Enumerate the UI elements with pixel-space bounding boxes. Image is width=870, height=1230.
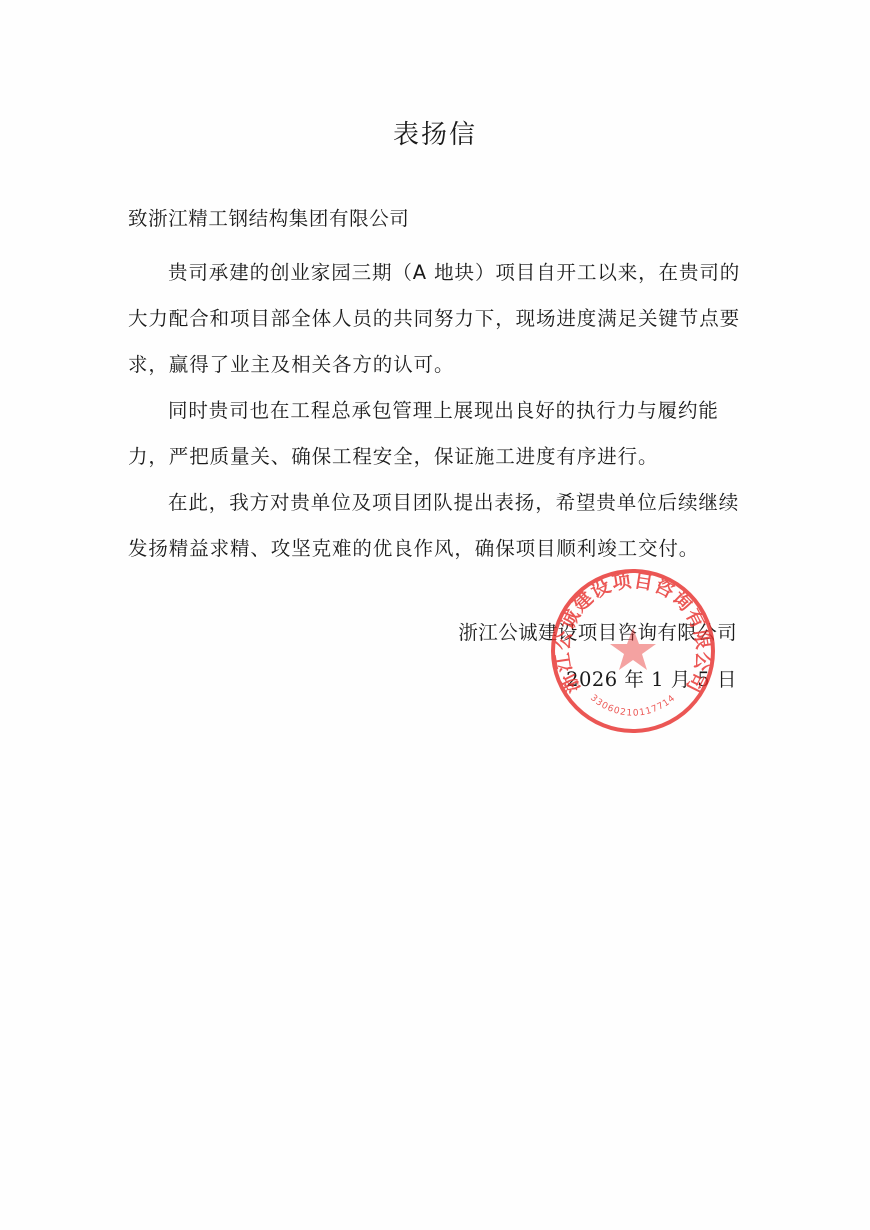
- paragraph-line: 发扬精益求精、攻坚克难的优良作风，确保项目顺利竣工交付。: [128, 526, 743, 572]
- company-seal-icon: 浙江公诚建设项目咨询有限公司 3306021011771​4: [548, 566, 718, 736]
- paragraph-line: 同时贵司也在工程总承包管理上展现出良好的执行力与履约能: [128, 388, 743, 434]
- paragraph-line: 求，赢得了业主及相关各方的认可。: [128, 342, 743, 388]
- paragraph-1: 贵司承建的创业家园三期（A 地块）项目自开工以来，在贵司的 大力配合和项目部全体…: [128, 250, 743, 388]
- sender-name: 浙江公诚建设项目咨询有限公司: [458, 617, 737, 645]
- paragraph-3: 在此，我方对贵单位及项目团队提出表扬，希望贵单位后续继续 发扬精益求精、攻坚克难…: [128, 480, 743, 572]
- paragraph-line: 大力配合和项目部全体人员的共同努力下，现场进度满足关键节点要: [128, 296, 743, 342]
- paragraph-line: 在此，我方对贵单位及项目团队提出表扬，希望贵单位后续继续: [128, 480, 743, 526]
- letter-page: 表扬信 致浙江精工钢结构集团有限公司 贵司承建的创业家园三期（A 地块）项目自开…: [0, 0, 870, 1230]
- letter-date: 2026 年 1 月 5 日: [566, 664, 737, 692]
- svg-text:3306021011771​4: 3306021011771​4: [588, 693, 678, 718]
- seal-code: 3306021011771​4: [588, 693, 678, 718]
- paragraph-2: 同时贵司也在工程总承包管理上展现出良好的执行力与履约能 力，严把质量关、确保工程…: [128, 388, 743, 480]
- paragraph-line: 力，严把质量关、确保工程安全，保证施工进度有序进行。: [128, 434, 743, 480]
- paragraph-line: 贵司承建的创业家园三期（A 地块）项目自开工以来，在贵司的: [128, 250, 743, 296]
- letter-recipient: 致浙江精工钢结构集团有限公司: [128, 203, 409, 231]
- letter-title: 表扬信: [0, 114, 870, 151]
